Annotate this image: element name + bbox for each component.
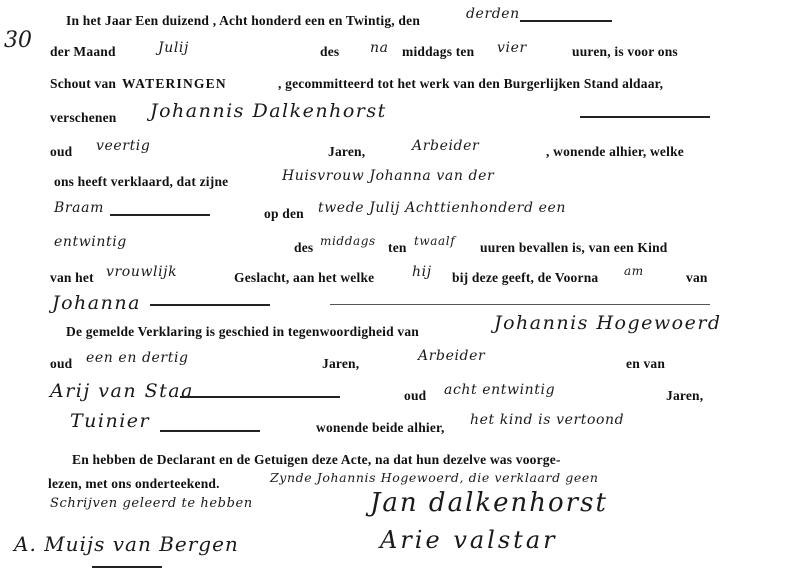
handwritten-text: am <box>624 264 644 278</box>
handwritten-occupation: Tuinier <box>70 410 150 432</box>
handwritten-spouse-surname: Braam <box>54 200 104 216</box>
printed-text: ons heeft verklaard, dat zijne <box>54 174 228 190</box>
handwritten-declarant: Johannis Dalkenhorst <box>150 100 387 122</box>
fill-line <box>150 304 270 306</box>
line-1: In het Jaar Een duizend , Acht honderd e… <box>66 10 420 29</box>
handwritten-age: een en dertig <box>86 350 189 366</box>
record-number: 30 <box>4 28 32 53</box>
handwritten-time-of-day: middags <box>320 234 376 248</box>
printed-text: uuren, is voor ons <box>572 44 678 60</box>
handwritten-occupation: Arbeider <box>418 348 485 364</box>
document-page: 30 In het Jaar Een duizend , Acht honder… <box>0 0 800 582</box>
handwritten-pronoun: hij <box>412 264 432 280</box>
handwritten-note: Zynde Johannis Hogewoerd, die verklaard … <box>270 470 599 485</box>
handwritten-sex: vrouwlijk <box>106 264 177 280</box>
fill-line <box>110 214 210 216</box>
printed-text: oud <box>50 144 72 160</box>
handwritten-note: Schrijven geleerd te hebben <box>50 496 253 511</box>
handwritten-spouse: Huisvrouw Johanna van der <box>282 168 494 184</box>
handwritten-birth-date: twede Julij Achttienhonderd een <box>318 200 566 216</box>
signature-declarant: Jan dalkenhorst <box>370 488 608 518</box>
printed-text: der Maand <box>50 44 116 60</box>
signature-flourish <box>92 566 162 568</box>
handwritten-child-name: Johanna <box>52 292 141 314</box>
printed-text: op den <box>264 206 304 222</box>
printed-text: Jaren, <box>322 356 359 372</box>
printed-text: Geslacht, aan het welke <box>234 270 374 286</box>
handwritten-witness-1: Johannis Hogewoerd <box>494 312 722 334</box>
handwritten-day: derden <box>466 6 520 22</box>
handwritten-hour: twaalf <box>414 234 455 248</box>
handwritten-month: Julij <box>158 40 189 56</box>
municipality-name: WATERINGEN <box>122 76 227 92</box>
fill-line <box>520 20 612 22</box>
printed-text: , gecommitteerd tot het werk van den Bur… <box>278 76 663 92</box>
printed-text: Jaren, <box>666 388 703 404</box>
printed-text: Schout van <box>50 76 116 92</box>
printed-text: middags ten <box>402 44 474 60</box>
fill-line <box>330 304 710 305</box>
signature-witness: Arie valstar <box>380 526 558 554</box>
printed-text: De gemelde Verklaring is geschied in teg… <box>66 324 419 340</box>
handwritten-time-of-day: na <box>370 40 389 56</box>
printed-text: Jaren, <box>328 144 365 160</box>
printed-text: uuren bevallen is, van een Kind <box>480 240 668 256</box>
printed-text: ten <box>388 240 407 256</box>
handwritten-witness-2: Arij van Staa <box>50 380 194 402</box>
fill-line <box>160 430 260 432</box>
printed-text: lezen, met ons onderteekend. <box>48 476 220 492</box>
handwritten-hour: vier <box>497 40 527 56</box>
printed-text: des <box>294 240 313 256</box>
printed-text: van het <box>50 270 94 286</box>
printed-text: oud <box>404 388 426 404</box>
printed-text: bij deze geeft, de Voorna <box>452 270 598 286</box>
printed-text: wonende beide alhier, <box>316 420 445 436</box>
handwritten-note: het kind is vertoond <box>470 412 624 428</box>
printed-text: en van <box>626 356 665 372</box>
printed-text: verschenen <box>50 110 117 126</box>
printed-text: van <box>686 270 708 286</box>
printed-text: des <box>320 44 339 60</box>
printed-text: , wonende alhier, welke <box>546 144 684 160</box>
handwritten-age: veertig <box>96 138 150 154</box>
signature-official: A. Muijs van Bergen <box>14 532 239 556</box>
fill-line <box>180 396 340 398</box>
handwritten-year: entwintig <box>54 234 127 250</box>
printed-text: En hebben de Declarant en de Getuigen de… <box>72 452 561 468</box>
handwritten-occupation: Arbeider <box>412 138 479 154</box>
printed-text: oud <box>50 356 72 372</box>
printed-text: In het Jaar Een duizend , Acht honderd e… <box>66 13 420 28</box>
fill-line <box>580 116 710 118</box>
handwritten-age: acht entwintig <box>444 382 555 398</box>
